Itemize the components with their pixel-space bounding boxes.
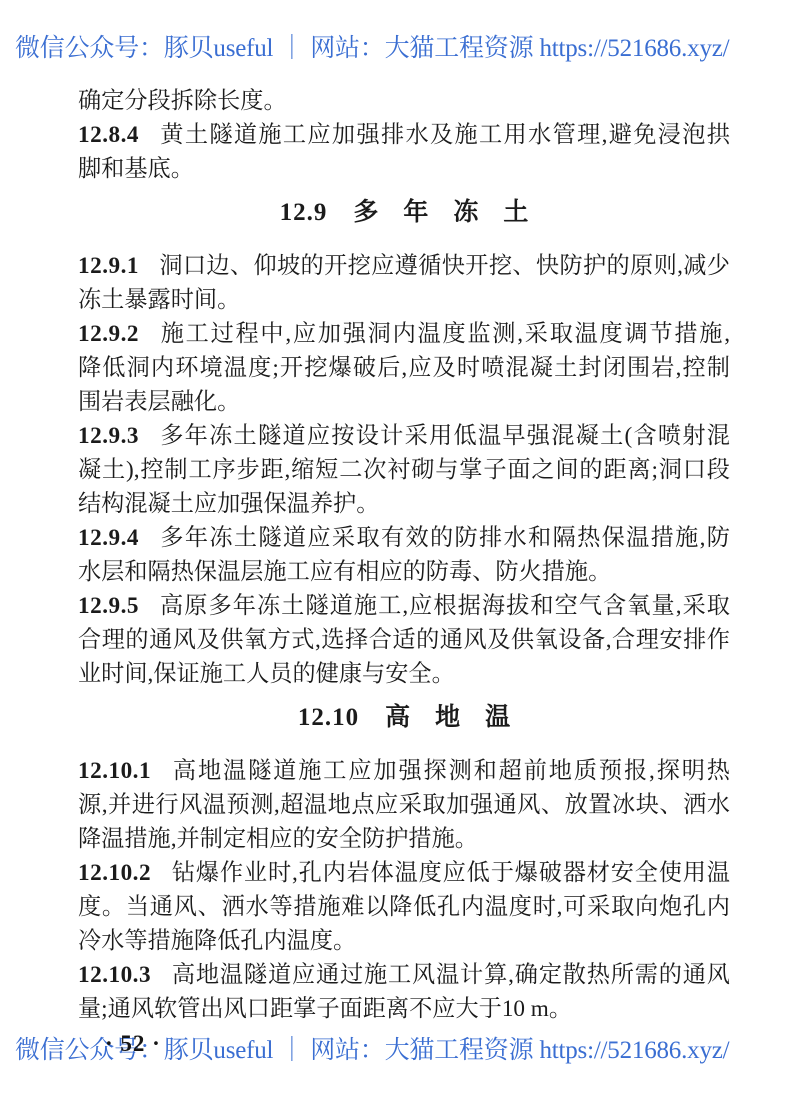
clause-number: 12.10.3 — [78, 962, 151, 988]
clause-line: 源,并进行风温预测,超温地点应采取加强通风、放置冰块、洒水等 — [78, 788, 730, 822]
clause-text: 钻爆作业时,孔内岩体温度应低于爆破器材安全使用温 — [171, 860, 730, 886]
clause-line: 凝土),控制工序步距,缩短二次衬砌与掌子面之间的距离;洞口段 — [78, 453, 730, 487]
paragraph-continuation: 确定分段拆除长度。 — [78, 84, 730, 118]
clause-line: 度。当通风、洒水等措施难以降低孔内温度时,可采取向炮孔内注 — [78, 890, 730, 924]
clause-line: 12.10.1高地温隧道施工应加强探测和超前地质预报,探明热 — [78, 754, 730, 788]
clause-line: 结构混凝土应加强保温养护。 — [78, 487, 730, 521]
watermark-header: 微信公众号：豚贝useful ｜ 网站：大猫工程资源 https://52168… — [15, 28, 795, 64]
clause-number: 12.9.1 — [78, 253, 139, 279]
clause-text: 洞口边、仰坡的开挖应遵循快开挖、快防护的原则,减少 — [159, 253, 730, 279]
document-body: 确定分段拆除长度。 12.8.4黄土隧道施工应加强排水及施工用水管理,避免浸泡拱… — [78, 84, 730, 1026]
clause-line: 12.10.2钻爆作业时,孔内岩体温度应低于爆破器材安全使用温 — [78, 856, 730, 890]
section-heading-12-10: 12.10高 地 温 — [78, 701, 730, 735]
clause-line: 冷水等措施降低孔内温度。 — [78, 924, 730, 958]
section-heading-12-9: 12.9多 年 冻 土 — [78, 196, 730, 230]
clause-line: 12.9.3多年冻土隧道应按设计采用低温早强混凝土(含喷射混 — [78, 419, 730, 453]
clause-12-9-2: 12.9.2施工过程中,应加强洞内温度监测,采取温度调节措施, 降低洞内环境温度… — [78, 317, 730, 419]
scanned-document-page: 微信公众号：豚贝useful ｜ 网站：大猫工程资源 https://52168… — [0, 0, 800, 1105]
clause-line: 降温措施,并制定相应的安全防护措施。 — [78, 822, 730, 856]
clause-number: 12.9.4 — [78, 525, 139, 551]
clause-line: 12.10.3高地温隧道应通过施工风温计算,确定散热所需的通风 — [78, 958, 730, 992]
watermark-header-text: 微信公众号：豚贝useful ｜ 网站：大猫工程资源 https://52168… — [15, 35, 729, 62]
clause-12-9-3: 12.9.3多年冻土隧道应按设计采用低温早强混凝土(含喷射混 凝土),控制工序步… — [78, 419, 730, 521]
clause-text: 黄土隧道施工应加强排水及施工用水管理,避免浸泡拱 — [159, 122, 730, 148]
section-title: 多 年 冻 土 — [353, 199, 528, 226]
clause-line: 12.9.5高原多年冻土隧道施工,应根据海拔和空气含氧量,采取 — [78, 589, 730, 623]
clause-12-9-5: 12.9.5高原多年冻土隧道施工,应根据海拔和空气含氧量,采取 合理的通风及供氧… — [78, 589, 730, 691]
clause-line: 脚和基底。 — [78, 152, 730, 186]
clause-number: 12.9.2 — [78, 321, 139, 347]
clause-text: 高地温隧道应通过施工风温计算,确定散热所需的通风 — [171, 962, 730, 988]
clause-line: 降低洞内环境温度;开挖爆破后,应及时喷混凝土封闭围岩,控制 — [78, 351, 730, 385]
clause-line: 业时间,保证施工人员的健康与安全。 — [78, 657, 730, 691]
clause-text: 施工过程中,应加强洞内温度监测,采取温度调节措施, — [159, 321, 730, 347]
clause-number: 12.10.1 — [78, 758, 151, 784]
clause-line: 12.9.4多年冻土隧道应采取有效的防排水和隔热保温措施,防 — [78, 521, 730, 555]
section-title: 高 地 温 — [385, 704, 510, 731]
clause-number: 12.8.4 — [78, 122, 139, 148]
clause-line: 12.9.1洞口边、仰坡的开挖应遵循快开挖、快防护的原则,减少 — [78, 249, 730, 283]
clause-line: 12.8.4黄土隧道施工应加强排水及施工用水管理,避免浸泡拱 — [78, 118, 730, 152]
clause-12-9-4: 12.9.4多年冻土隧道应采取有效的防排水和隔热保温措施,防 水层和隔热保温层施… — [78, 521, 730, 589]
clause-text: 高地温隧道施工应加强探测和超前地质预报,探明热 — [171, 758, 730, 784]
clause-text: 高原多年冻土隧道施工,应根据海拔和空气含氧量,采取 — [159, 593, 730, 619]
section-number: 12.9 — [280, 199, 328, 226]
clause-number: 12.9.5 — [78, 593, 139, 619]
clause-number: 12.9.3 — [78, 423, 139, 449]
clause-text: 多年冻土隧道应按设计采用低温早强混凝土(含喷射混 — [159, 423, 730, 449]
page-number: · 52 · — [105, 1031, 161, 1057]
clause-line: 围岩表层融化。 — [78, 385, 730, 419]
clause-12-9-1: 12.9.1洞口边、仰坡的开挖应遵循快开挖、快防护的原则,减少 冻土暴露时间。 — [78, 249, 730, 317]
clause-line: 12.9.2施工过程中,应加强洞内温度监测,采取温度调节措施, — [78, 317, 730, 351]
clause-12-10-1: 12.10.1高地温隧道施工应加强探测和超前地质预报,探明热 源,并进行风温预测… — [78, 754, 730, 856]
clause-line: 合理的通风及供氧方式,选择合适的通风及供氧设备,合理安排作 — [78, 623, 730, 657]
clause-text: 多年冻土隧道应采取有效的防排水和隔热保温措施,防 — [159, 525, 730, 551]
clause-line: 量;通风软管出风口距掌子面距离不应大于10 m。 — [78, 992, 730, 1026]
clause-12-8-4: 12.8.4黄土隧道施工应加强排水及施工用水管理,避免浸泡拱 脚和基底。 — [78, 118, 730, 186]
clause-line: 水层和隔热保温层施工应有相应的防毒、防火措施。 — [78, 555, 730, 589]
clause-12-10-2: 12.10.2钻爆作业时,孔内岩体温度应低于爆破器材安全使用温 度。当通风、洒水… — [78, 856, 730, 958]
clause-line: 冻土暴露时间。 — [78, 283, 730, 317]
section-number: 12.10 — [298, 704, 359, 731]
clause-12-10-3: 12.10.3高地温隧道应通过施工风温计算,确定散热所需的通风 量;通风软管出风… — [78, 958, 730, 1026]
clause-number: 12.10.2 — [78, 860, 151, 886]
